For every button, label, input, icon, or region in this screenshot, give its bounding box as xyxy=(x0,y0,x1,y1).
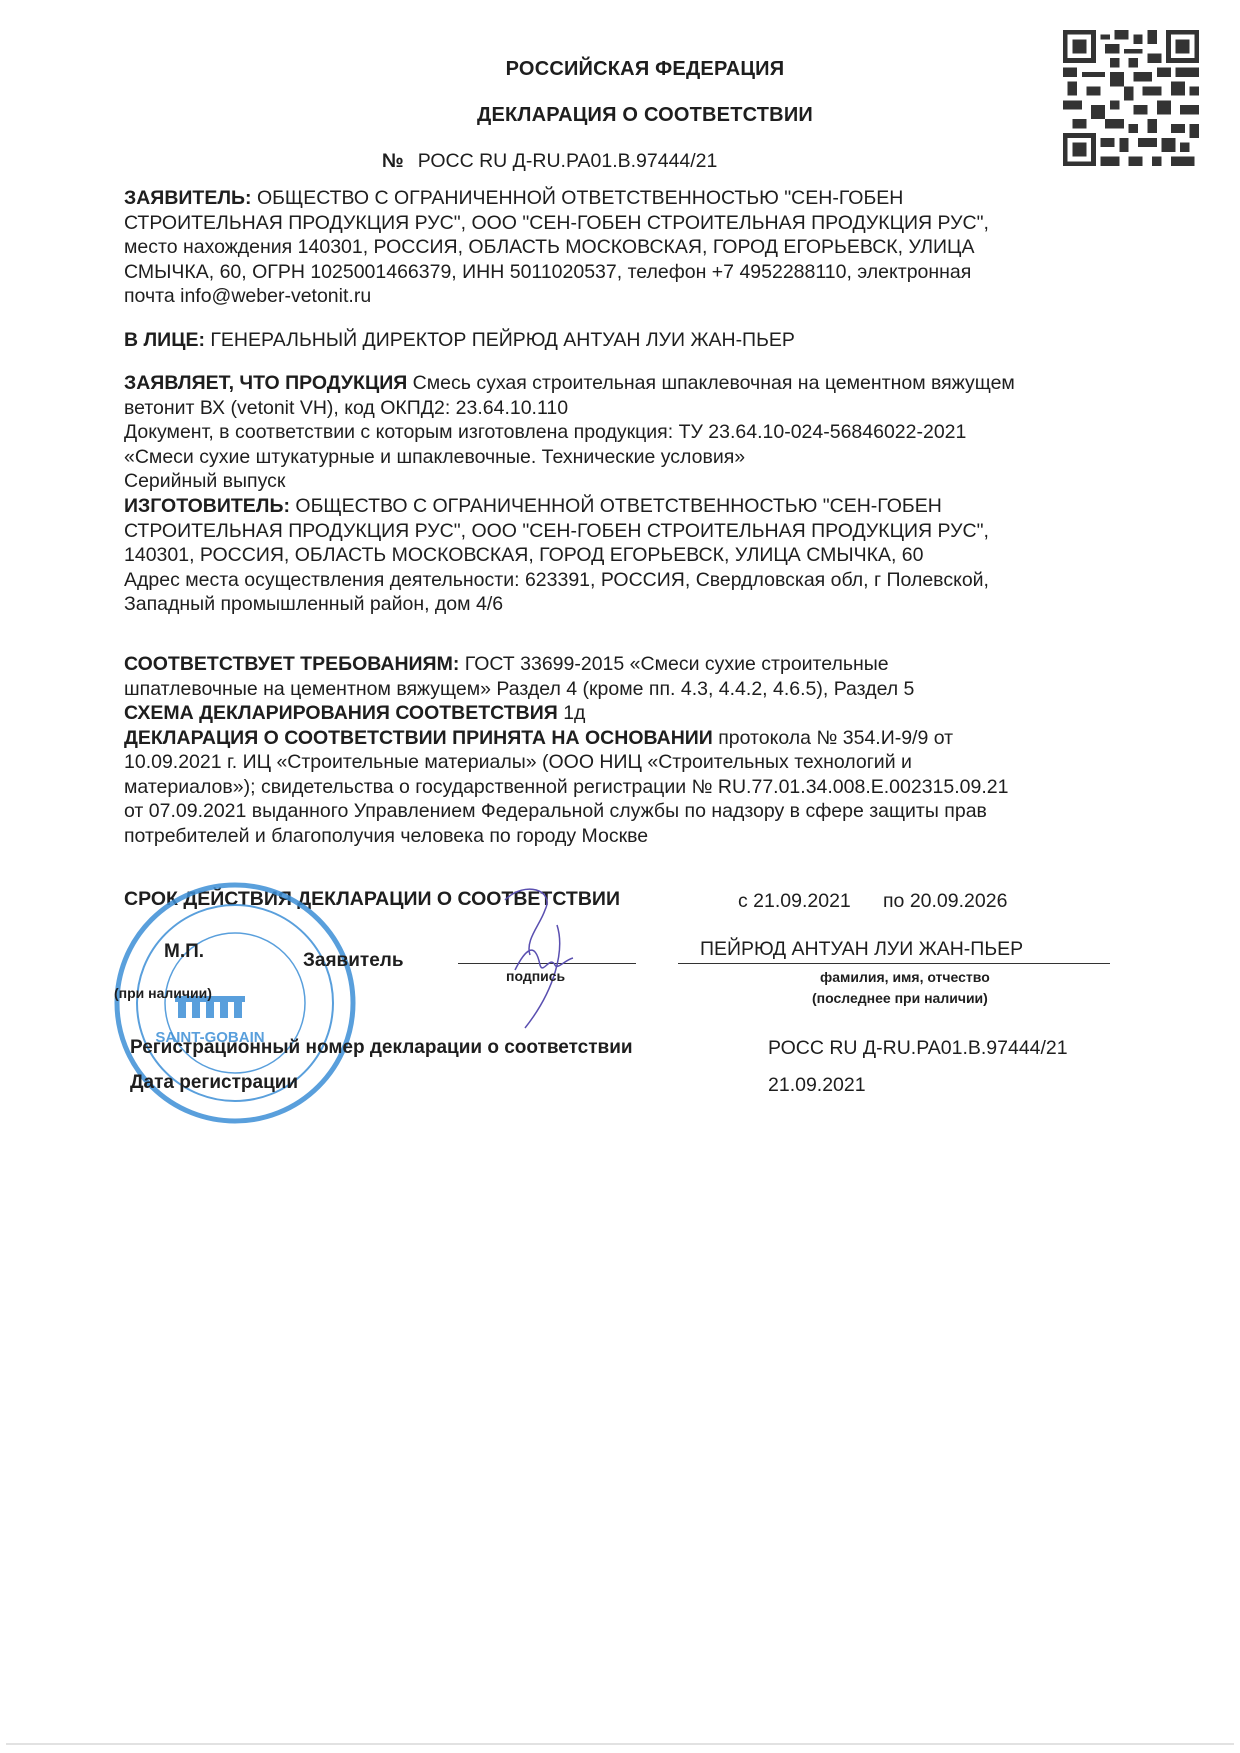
validity-to: по 20.09.2026 xyxy=(883,890,1007,913)
number-sign: № xyxy=(382,150,404,172)
name-line xyxy=(678,963,1110,964)
product-label: ЗАЯВЛЯЕТ, ЧТО ПРОДУКЦИЯ xyxy=(124,372,407,394)
basis-label: ДЕКЛАРАЦИЯ О СООТВЕТСТВИИ ПРИНЯТА НА ОСН… xyxy=(124,727,713,749)
declaration-number-value: РОСС RU Д-RU.PA01.B.97444/21 xyxy=(418,150,718,172)
signer-name: ПЕЙРЮД АНТУАН ЛУИ ЖАН-ПЬЕР xyxy=(700,938,1023,961)
stamp-note: (при наличии) xyxy=(114,985,212,1001)
compliance-standard: шпатлевочные на цементном вяжущем» Разде… xyxy=(124,677,1144,702)
applicant-section: ЗАЯВИТЕЛЬ: ОБЩЕСТВО С ОГРАНИЧЕННОЙ ОТВЕТ… xyxy=(124,186,1144,309)
registration-number-value: РОСС RU Д-RU.PA01.B.97444/21 xyxy=(768,1037,1068,1060)
name-caption-note: (последнее при наличии) xyxy=(812,990,988,1006)
production-type: Серийный выпуск xyxy=(124,469,1144,494)
product-section: ЗАЯВЛЯЕТ, ЧТО ПРОДУКЦИЯ Смесь сухая стро… xyxy=(124,371,1144,494)
basis-text: потребителей и благополучия человека по … xyxy=(124,824,1144,849)
represented-by-label: В ЛИЦЕ: xyxy=(124,329,205,351)
country-heading: РОССИЙСКАЯ ФЕДЕРАЦИЯ xyxy=(0,58,1240,81)
applicant-signature-label: Заявитель xyxy=(303,950,404,972)
handwritten-signature-icon xyxy=(485,880,595,1030)
stamp-label: М.П. xyxy=(164,941,204,963)
validity-from: с 21.09.2021 xyxy=(738,890,851,913)
page-edge-line xyxy=(6,1743,1234,1745)
compliance-standard: ГОСТ 33699-2015 «Смеси сухие строительны… xyxy=(459,653,888,675)
compliance-label: СООТВЕТСТВУЕТ ТРЕБОВАНИЯМ: xyxy=(124,653,459,675)
product-name: Смесь сухая строительная шпаклевочная на… xyxy=(407,372,1015,394)
manufacturer-text: СТРОИТЕЛЬНАЯ ПРОДУКЦИЯ РУС", ООО "СЕН-ГО… xyxy=(124,519,1144,544)
manufacturer-section: ИЗГОТОВИТЕЛЬ: ОБЩЕСТВО С ОГРАНИЧЕННОЙ ОТ… xyxy=(124,494,1144,617)
applicant-text: СТРОИТЕЛЬНАЯ ПРОДУКЦИЯ РУС", ООО "СЕН-ГО… xyxy=(124,211,1144,236)
basis-text: материалов»); свидетельства о государств… xyxy=(124,775,1144,800)
manufacturer-text: ОБЩЕСТВО С ОГРАНИЧЕННОЙ ОТВЕТСТВЕННОСТЬЮ… xyxy=(290,495,942,517)
qr-code-icon xyxy=(1063,30,1199,166)
registration-date-label: Дата регистрации xyxy=(130,1072,298,1094)
manufacturer-address: 140301, РОССИЯ, ОБЛАСТЬ МОСКОВСКАЯ, ГОРО… xyxy=(124,543,1144,568)
applicant-requisites: СМЫЧКА, 60, ОГРН 1025001466379, ИНН 5011… xyxy=(124,260,1144,285)
basis-text: 10.09.2021 г. ИЦ «Строительные материалы… xyxy=(124,750,1144,775)
registration-date-value: 21.09.2021 xyxy=(768,1074,866,1097)
compliance-section: СООТВЕТСТВУЕТ ТРЕБОВАНИЯМ: ГОСТ 33699-20… xyxy=(124,652,1144,848)
manufacturing-site-address: Западный промышленный район, дом 4/6 xyxy=(124,592,1144,617)
document-title: ДЕКЛАРАЦИЯ О СООТВЕТСТВИИ xyxy=(0,104,1240,127)
applicant-address: место нахождения 140301, РОССИЯ, ОБЛАСТЬ… xyxy=(124,235,1144,260)
product-code: ветонит ВХ (vetonit VH), код ОКПД2: 23.6… xyxy=(124,396,1144,421)
product-standard-title: «Смеси сухие штукатурные и шпаклевочные.… xyxy=(124,445,1144,470)
signature-caption: подпись xyxy=(506,968,565,984)
represented-by-section: В ЛИЦЕ: ГЕНЕРАЛЬНЫЙ ДИРЕКТОР ПЕЙРЮД АНТУ… xyxy=(124,328,1144,353)
applicant-email: почта info@weber-vetonit.ru xyxy=(124,284,1144,309)
name-caption: фамилия, имя, отчество xyxy=(820,969,990,985)
declaration-number: №РОСС RU Д-RU.PA01.B.97444/21 xyxy=(382,150,717,173)
manufacturer-label: ИЗГОТОВИТЕЛЬ: xyxy=(124,495,290,517)
applicant-text: ОБЩЕСТВО С ОГРАНИЧЕННОЙ ОТВЕТСТВЕННОСТЬЮ… xyxy=(252,187,904,209)
represented-by-value: ГЕНЕРАЛЬНЫЙ ДИРЕКТОР ПЕЙРЮД АНТУАН ЛУИ Ж… xyxy=(205,329,795,351)
scheme-label: СХЕМА ДЕКЛАРИРОВАНИЯ СООТВЕТСТВИЯ xyxy=(124,702,558,724)
declaration-page: РОССИЙСКАЯ ФЕДЕРАЦИЯ ДЕКЛАРАЦИЯ О СООТВЕ… xyxy=(0,0,1240,1753)
basis-text: протокола № 354.И-9/9 от xyxy=(713,727,953,749)
product-standard-doc: Документ, в соответствии с которым изгот… xyxy=(124,420,1144,445)
registration-number-label: Регистрационный номер декларации о соотв… xyxy=(130,1037,633,1059)
manufacturing-site-address: Адрес места осуществления деятельности: … xyxy=(124,568,1144,593)
basis-text: от 07.09.2021 выданного Управлением Феде… xyxy=(124,799,1144,824)
scheme-value: 1д xyxy=(558,702,586,724)
applicant-label: ЗАЯВИТЕЛЬ: xyxy=(124,187,252,209)
